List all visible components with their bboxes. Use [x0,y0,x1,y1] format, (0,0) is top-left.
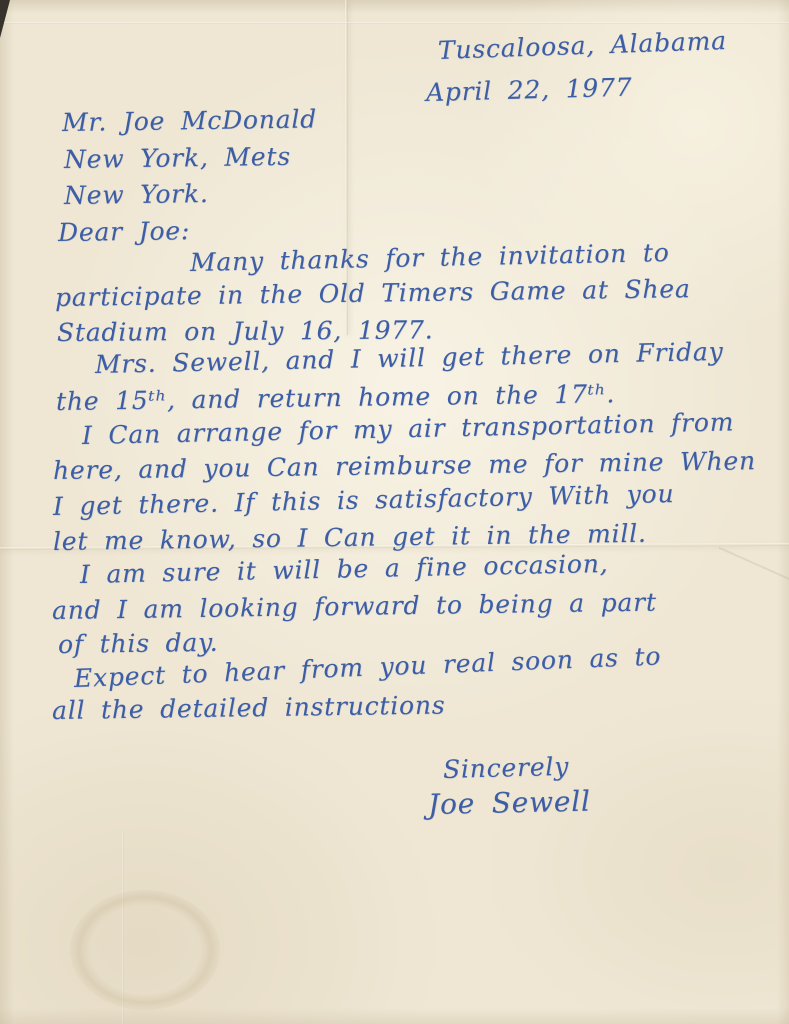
body-line: all the detailed instructions [52,691,446,726]
recipient-name: Mr. Joe McDonald [62,104,317,138]
corner-shadow-mark [0,0,10,38]
signature: Joe Sewell [428,787,591,820]
body-line: participate in the Old Timers Game at Sh… [55,274,691,313]
letter-date: April 22, 1977 [426,73,633,108]
letter-page: Tuscaloosa, Alabama April 22, 1977 Mr. J… [0,0,789,1024]
body-line: of this day. [58,628,219,660]
fold-crease-vertical-bottom [122,830,124,1024]
body-line: I get there. If this is satisfactory Wit… [53,479,675,522]
recipient-org: New York, Mets [64,142,291,175]
body-line: and I am looking forward to being a part [52,588,657,626]
salutation: Dear Joe: [58,216,191,248]
valediction: Sincerely [443,752,570,785]
paper-stain [70,890,220,1010]
body-line: Many thanks for the invitation to [190,238,670,278]
fold-crease-diagonal-right [718,547,789,585]
letter-place: Tuscaloosa, Alabama [437,26,727,66]
fold-crease-horizontal-top [0,22,789,24]
recipient-city: New York. [64,179,209,211]
